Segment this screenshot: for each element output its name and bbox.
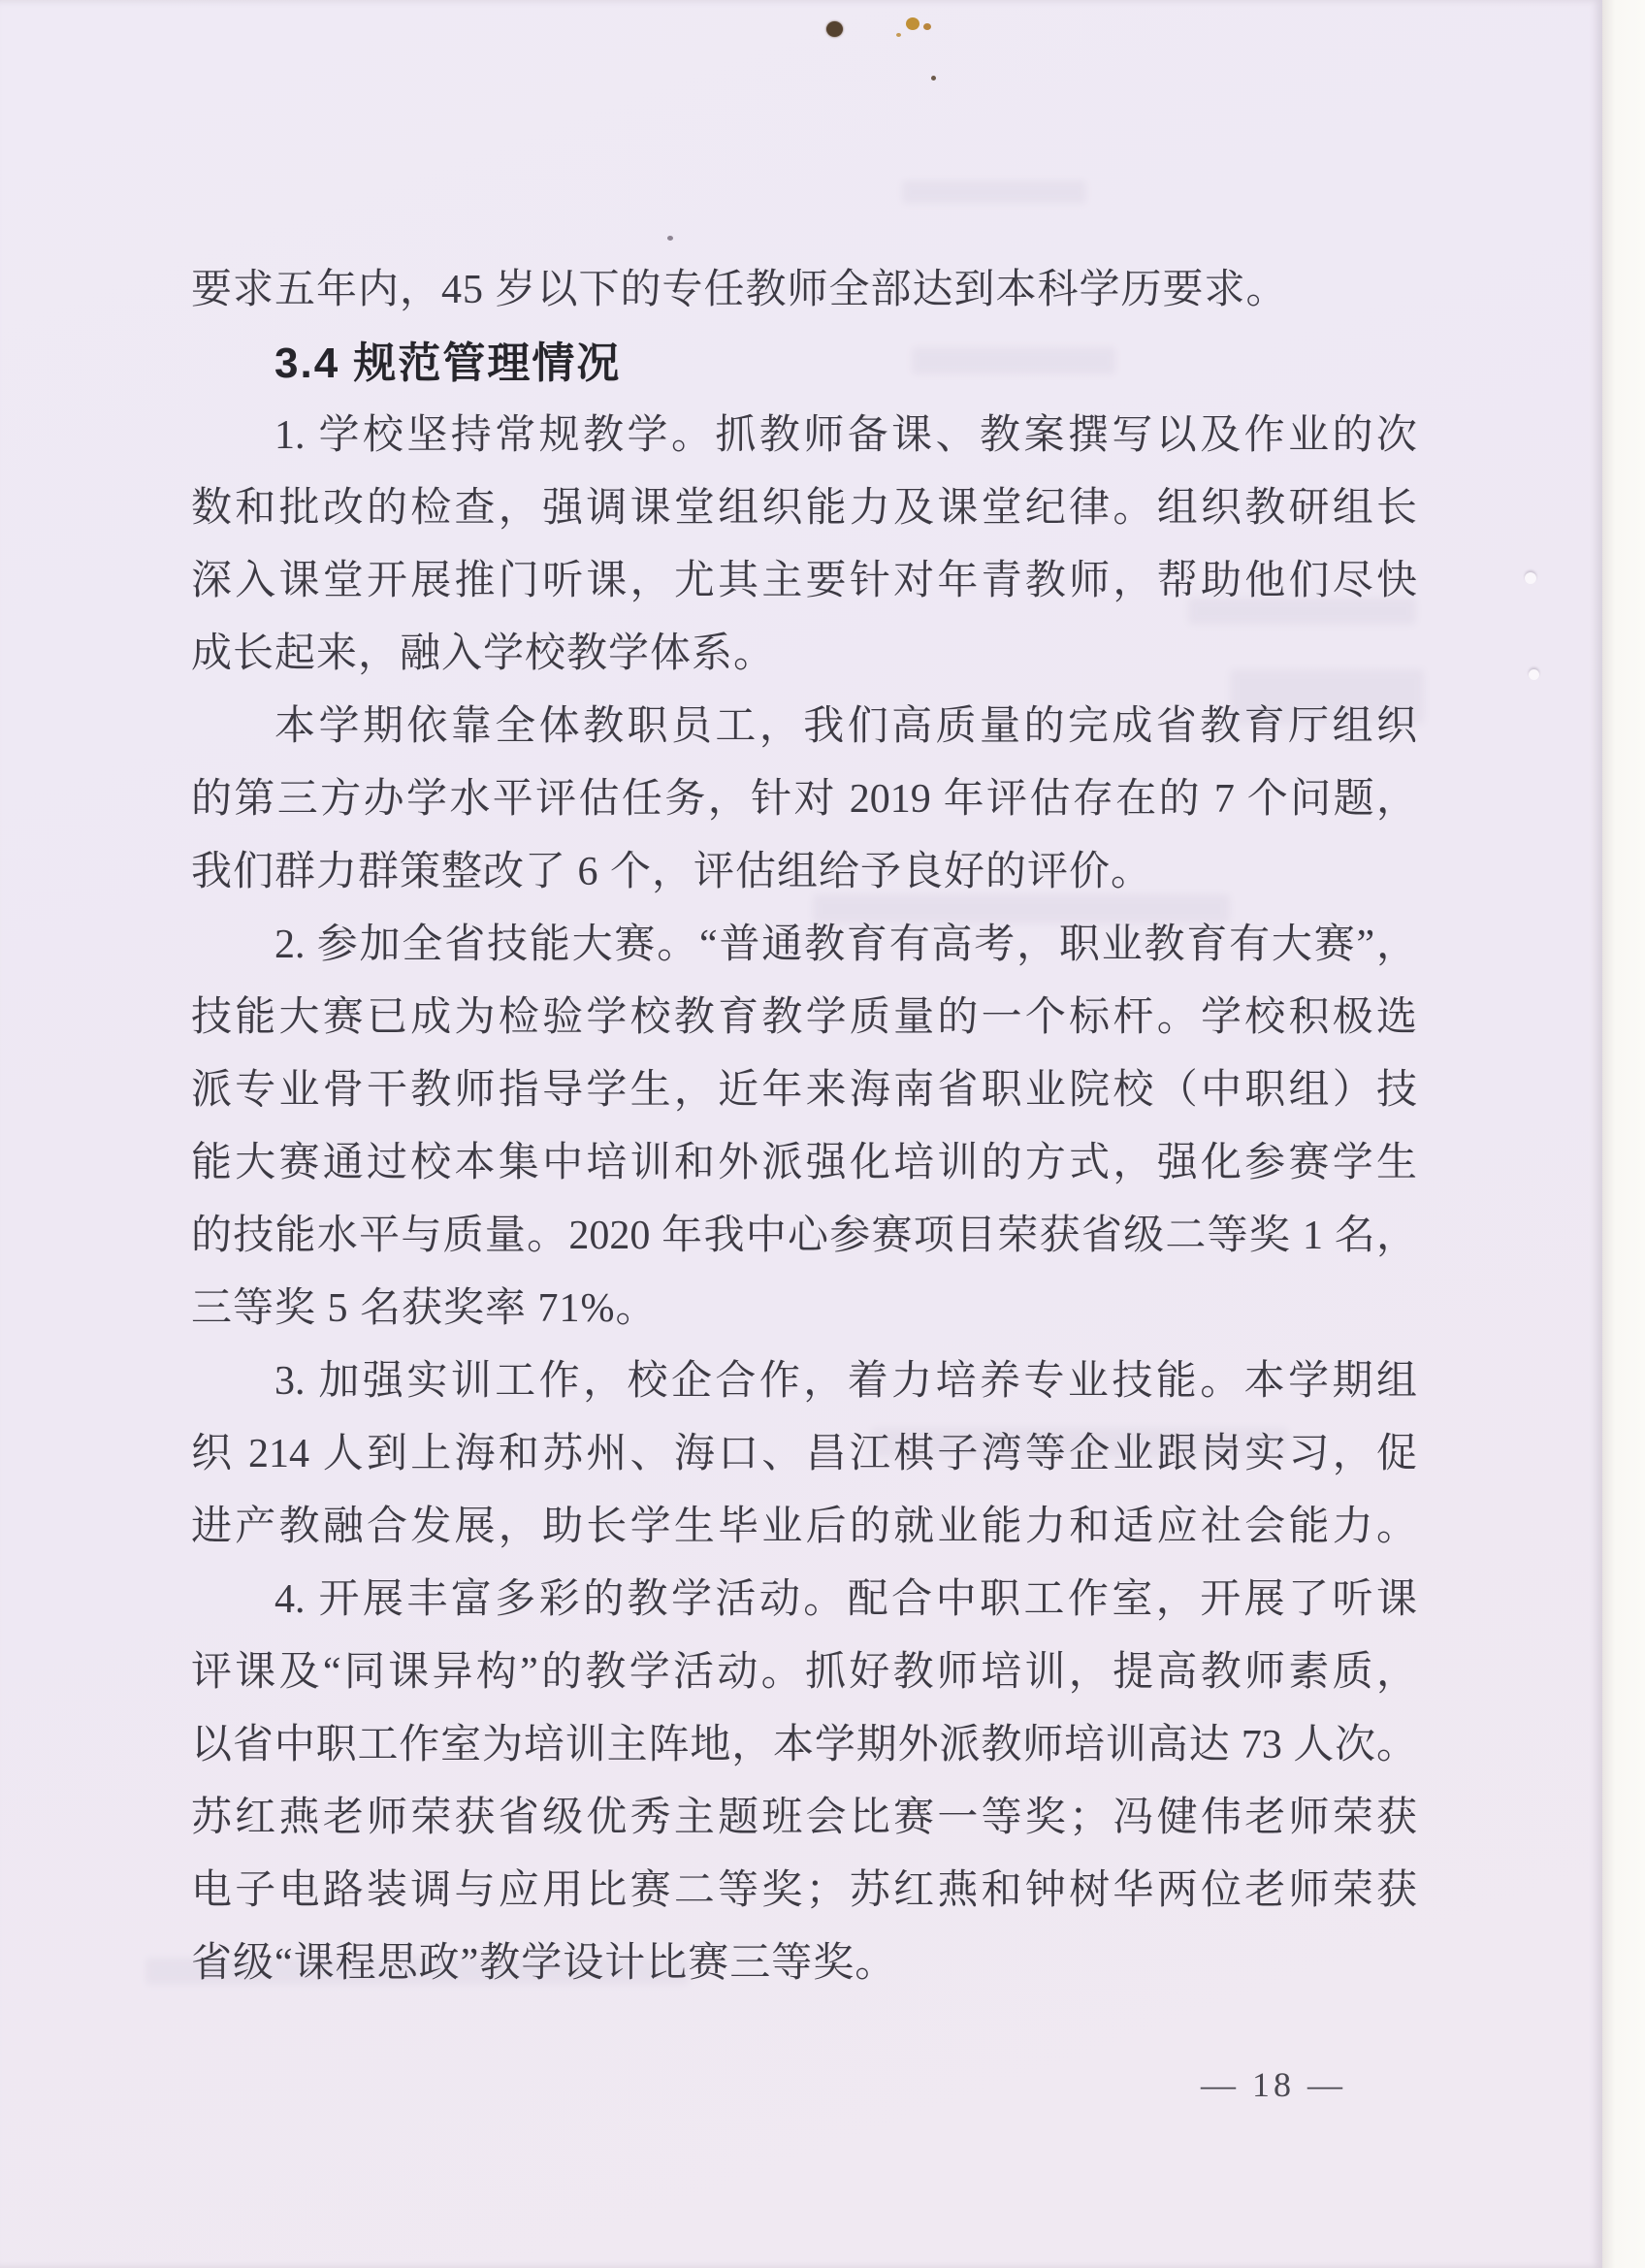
text-line: 技能大赛已成为检验学校教育教学质量的一个标杆。学校积极选 xyxy=(191,982,1417,1054)
text-line: 的第三方办学水平评估任务，针对 2019 年评估存在的 7 个问题， xyxy=(191,763,1417,836)
stain-speck xyxy=(923,23,931,30)
text-line: 派专业骨干教师指导学生，近年来海南省职业院校（中职组）技 xyxy=(191,1054,1417,1127)
stain-speck xyxy=(906,17,919,30)
text-line: 深入课堂开展推门听课，尤其主要针对年青教师，帮助他们尽快 xyxy=(191,545,1417,618)
text-line: 以省中职工作室为培训主阵地，本学期外派教师培训高达 73 人次。 xyxy=(191,1709,1417,1782)
text-line: 的技能水平与质量。2020 年我中心参赛项目荣获省级二等奖 1 名， xyxy=(191,1200,1417,1273)
document-text-column: 要求五年内，45 岁以下的专任教师全部达到本科学历要求。3.4 规范管理情况1.… xyxy=(191,254,1417,2000)
paper-surface: 要求五年内，45 岁以下的专任教师全部达到本科学历要求。3.4 规范管理情况1.… xyxy=(0,0,1602,2268)
ink-speck xyxy=(826,21,843,37)
text-line: 3. 加强实训工作，校企合作，着力培养专业技能。本学期组 xyxy=(191,1345,1417,1418)
scanner-edge-strip xyxy=(1602,0,1645,2268)
text-line: 成长起来，融入学校教学体系。 xyxy=(191,618,1417,691)
text-line: 三等奖 5 名获奖率 71%。 xyxy=(191,1273,1417,1345)
paper-pinhole xyxy=(1525,572,1536,584)
text-line: 电子电路装调与应用比赛二等奖；苏红燕和钟树华两位老师荣获 xyxy=(191,1855,1417,1928)
stain-speck xyxy=(896,33,901,37)
text-line: 苏红燕老师荣获省级优秀主题班会比赛一等奖；冯健伟老师荣获 xyxy=(191,1782,1417,1855)
text-line: 省级“课程思政”教学设计比赛三等奖。 xyxy=(191,1928,1417,2000)
text-line: 我们群力群策整改了 6 个，评估组给予良好的评价。 xyxy=(191,836,1417,909)
scanned-document-page: 要求五年内，45 岁以下的专任教师全部达到本科学历要求。3.4 规范管理情况1.… xyxy=(0,0,1645,2268)
bleed-through-smudge xyxy=(902,180,1086,204)
text-line: 能大赛通过校本集中培训和外派强化培训的方式，强化参赛学生 xyxy=(191,1127,1417,1200)
text-line: 要求五年内，45 岁以下的专任教师全部达到本科学历要求。 xyxy=(191,254,1417,327)
page-number: — 18 — xyxy=(1191,2060,1356,2109)
text-line: 1. 学校坚持常规教学。抓教师备课、教案撰写以及作业的次 xyxy=(191,400,1417,472)
section-heading: 3.4 规范管理情况 xyxy=(191,327,1417,400)
text-line: 数和批改的检查，强调课堂组织能力及课堂纪律。组织教研组长 xyxy=(191,472,1417,545)
text-line: 4. 开展丰富多彩的教学活动。配合中职工作室，开展了听课 xyxy=(191,1564,1417,1636)
paper-pinhole xyxy=(1529,669,1539,680)
text-line: 评课及“同课异构”的教学活动。抓好教师培训，提高教师素质， xyxy=(191,1636,1417,1709)
text-line: 进产教融合发展，助长学生毕业后的就业能力和适应社会能力。 xyxy=(191,1491,1417,1564)
text-line: 2. 参加全省技能大赛。“普通教育有高考，职业教育有大赛”， xyxy=(191,909,1417,982)
dust-speck xyxy=(667,236,673,241)
text-line: 织 214 人到上海和苏州、海口、昌江棋子湾等企业跟岗实习，促 xyxy=(191,1418,1417,1491)
dust-speck xyxy=(931,76,936,81)
text-line: 本学期依靠全体教职员工，我们高质量的完成省教育厅组织 xyxy=(191,691,1417,763)
